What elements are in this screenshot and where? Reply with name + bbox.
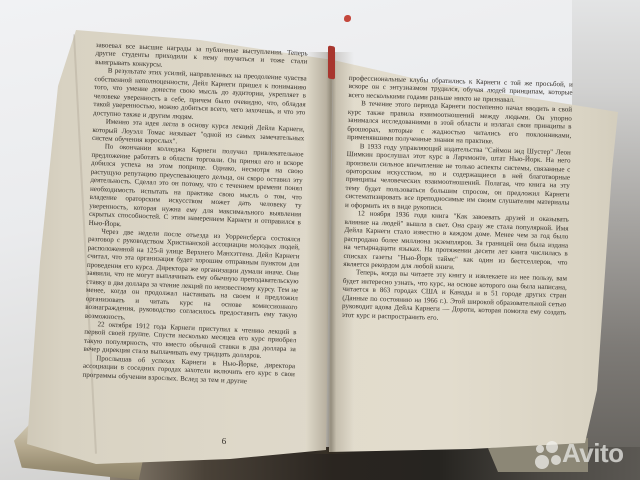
avito-wordmark: Avito [562, 438, 640, 469]
avito-logo-icon [535, 455, 549, 469]
page-paragraph: 12 ноября 1936 года книга "Как завоевать… [343, 209, 569, 275]
avito-logo-icon [551, 455, 561, 465]
avito-logo-icon [546, 441, 558, 453]
avito-watermark: Avito [532, 436, 640, 476]
page-number: 6 [214, 436, 234, 447]
page-paragraph: По окончании колледжа Карнеги получил пр… [89, 142, 304, 235]
page-paragraph: Через две недели после отъезда из Уоррен… [85, 227, 301, 328]
left-page-text: завоевал все высшие награды за публичные… [82, 41, 307, 387]
right-page-text: профессиональные клубы обратились к Карн… [342, 74, 573, 326]
page-paragraph: Теперь, когда вы читаете эту книгу и изв… [342, 268, 567, 325]
page-paragraph: В течение этого периода Карнеги постепен… [347, 99, 572, 148]
book-photo: завоевал все высшие награды за публичные… [0, 0, 640, 480]
red-cover-edge [328, 46, 335, 80]
page-paragraph: В 1933 году управляющий издательства "Са… [345, 142, 571, 216]
red-bookmark-tip [344, 15, 351, 22]
avito-logo-icon [536, 445, 544, 453]
page-paragraph: В результате этих усилий, направленных н… [93, 66, 307, 125]
